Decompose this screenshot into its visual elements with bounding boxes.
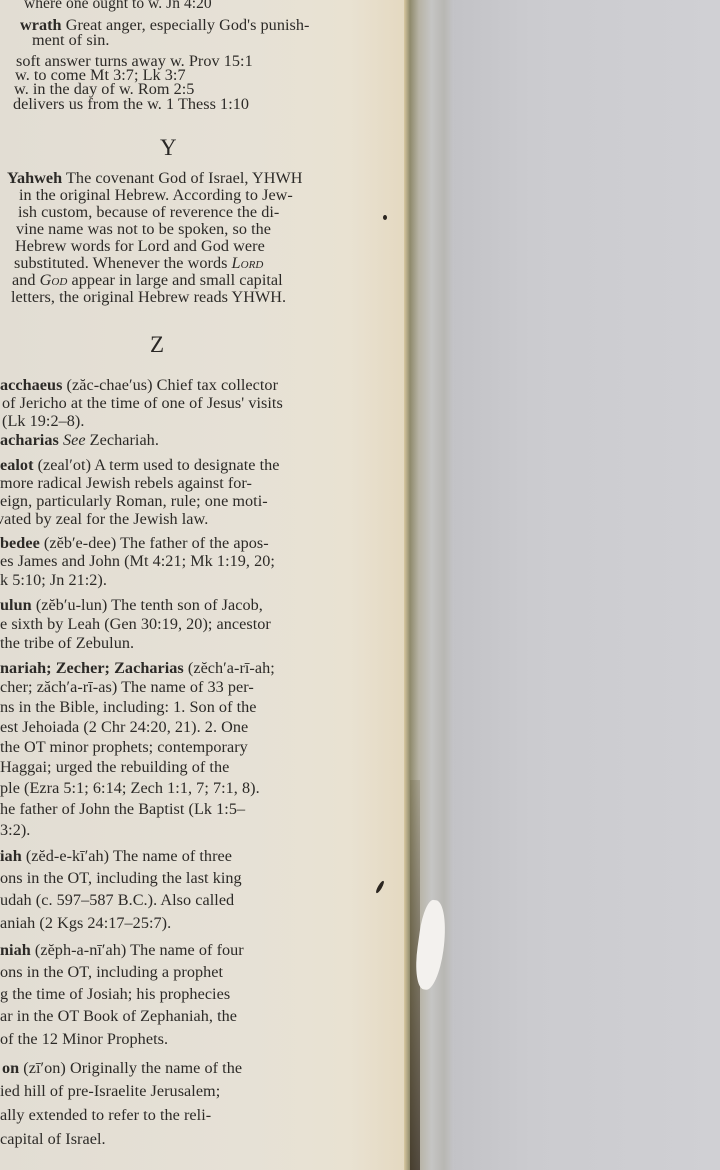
definition-line: of the 12 Minor Prophets. (0, 1029, 168, 1049)
definition-line: of Jericho at the time of one of Jesus' … (2, 393, 283, 413)
definition-line: (Lk 19:2–8). (2, 411, 84, 431)
definition-line: vated by zeal for the Jewish law. (0, 509, 208, 529)
entry-zebedee: bedee (zĕb′e-dee) The father of the apos… (0, 533, 269, 553)
definition-line: eign, particularly Roman, rule; one moti… (0, 491, 268, 511)
entry-zacchaeus: acchaeus (zăc-chae′us) Chief tax collect… (0, 375, 278, 395)
entry-zealot: ealot (zeal′ot) A term used to designate… (0, 455, 280, 475)
entry-zacharias: acharias See Zechariah. (0, 430, 159, 450)
definition-line: he father of John the Baptist (Lk 1:5– (0, 799, 245, 819)
definition-line: g the time of Josiah; his prophecies (0, 984, 230, 1004)
definition-line: ple (Ezra 5:1; 6:14; Zech 1:1, 7; 7:1, 8… (0, 778, 260, 798)
entry-zechariah: nariah; Zecher; Zacharias (zĕch′a-rī-ah; (0, 658, 275, 678)
entry-zion: on (zī′on) Originally the name of the (2, 1058, 242, 1078)
definition-line: 3:2). (0, 820, 30, 840)
definition-line: ons in the OT, including the last king (0, 868, 242, 888)
definition-line: ment of sin. (32, 30, 109, 50)
page-text: where one ought to w. Jn 4:20 wrath Grea… (0, 0, 410, 1170)
definition-line: es James and John (Mt 4:21; Mk 1:19, 20; (0, 551, 275, 571)
reference-line: delivers us from the w. 1 Thess 1:10 (13, 94, 249, 114)
definition-line: cher; zăch′a-rī-as) The name of 33 per- (0, 677, 254, 697)
entry-zebulun: ulun (zĕb′u-lun) The tenth son of Jacob, (0, 595, 263, 615)
cut-top-line: where one ought to w. Jn 4:20 (24, 0, 212, 14)
definition-line: est Jehoiada (2 Chr 24:20, 21). 2. One (0, 717, 248, 737)
definition-line: Haggai; urged the rebuilding of the (0, 757, 229, 777)
definition-line: more radical Jewish rebels against for- (0, 473, 252, 493)
definition-line: e sixth by Leah (Gen 30:19, 20); ancesto… (0, 614, 271, 634)
definition-line: ied hill of pre-Israelite Jerusalem; (0, 1081, 220, 1101)
definition-line: the OT minor prophets; contemporary (0, 737, 248, 757)
definition-line: udah (c. 597–587 B.C.). Also called (0, 890, 234, 910)
definition-line: letters, the original Hebrew reads YHWH. (11, 287, 286, 307)
definition-line: ally extended to refer to the reli- (0, 1105, 211, 1125)
definition-line: k 5:10; Jn 21:2). (0, 570, 107, 590)
entry-zedekiah: iah (zĕd-e-kī′ah) The name of three (0, 846, 232, 866)
section-letter-z: Z (150, 332, 164, 358)
entry-zephaniah: niah (zĕph-a-nī′ah) The name of four (0, 940, 244, 960)
definition-line: capital of Israel. (0, 1129, 106, 1149)
background-surface (450, 0, 720, 1170)
definition-line: ns in the Bible, including: 1. Son of th… (0, 697, 257, 717)
definition-line: ar in the OT Book of Zephaniah, the (0, 1006, 237, 1026)
section-letter-y: Y (160, 135, 177, 161)
definition-line: ons in the OT, including a prophet (0, 962, 223, 982)
definition-line: aniah (2 Kgs 24:17–25:7). (0, 913, 171, 933)
definition-line: the tribe of Zebulun. (0, 633, 134, 653)
